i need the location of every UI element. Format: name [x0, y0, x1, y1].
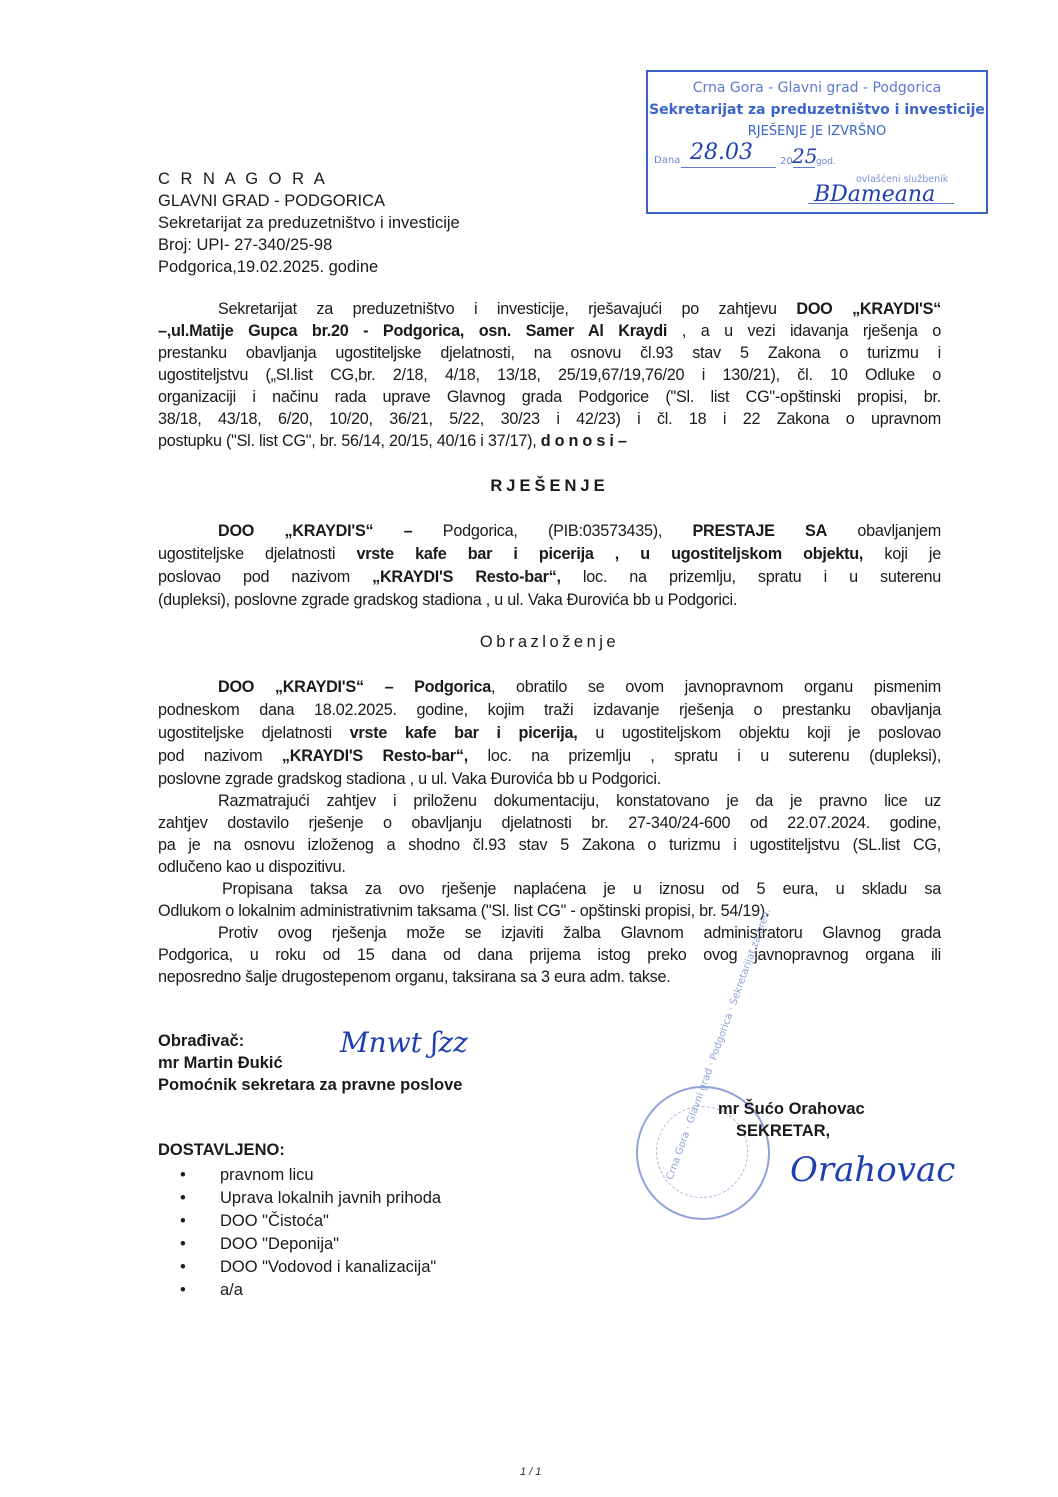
- delivered-item: •pravnom licu: [158, 1164, 441, 1187]
- processor-signature: Mnwt ʃzz: [340, 1026, 468, 1059]
- enforceability-stamp: Crna Gora - Glavni grad - Podgorica Sekr…: [646, 70, 988, 214]
- delivered-item: •DOO "Vodovod i kanalizacija": [158, 1256, 441, 1279]
- delivered-item: •DOO "Deponija": [158, 1233, 441, 1256]
- stamp-date-line: [681, 167, 776, 168]
- header-country: C R N A G O R A: [158, 168, 328, 191]
- processor-title: Pomoćnik sekretara za pravne poslove: [158, 1074, 462, 1096]
- stamp-authority: Crna Gora - Glavni grad - Podgorica: [648, 80, 986, 96]
- header-number: Broj: UPI- 27-340/25-98: [158, 234, 332, 257]
- processor-name: mr Martin Đukić: [158, 1052, 283, 1074]
- stamp-signature-line: [808, 203, 954, 204]
- stamp-year: 25: [792, 144, 817, 168]
- header-city: GLAVNI GRAD - PODGORICA: [158, 190, 385, 213]
- delivered-item: •a/a: [158, 1279, 441, 1302]
- stamp-department: Sekretarijat za preduzetništvo i investi…: [648, 102, 986, 118]
- bullet-icon: •: [180, 1187, 186, 1210]
- delivered-item: •DOO "Čistoća": [158, 1210, 441, 1233]
- stamp-year-prefix: 20: [780, 156, 793, 167]
- stamp-status: RJEŠENJE JE IZVRŠNO: [648, 124, 986, 139]
- processor-label: Obrađivač:: [158, 1030, 244, 1052]
- secretary-name: mr Šućo Orahovac: [718, 1098, 865, 1120]
- bullet-icon: •: [180, 1279, 186, 1302]
- reasoning-title: Obrazloženje: [158, 633, 941, 652]
- decision-title: RJEŠENJE: [158, 477, 941, 496]
- secretary-signature: Orahovac: [790, 1150, 955, 1190]
- bullet-icon: •: [180, 1256, 186, 1279]
- header-place-date: Podgorica,19.02.2025. godine: [158, 256, 378, 279]
- stamp-dana-label: Dana: [654, 155, 680, 166]
- delivered-item: •Uprava lokalnih javnih prihoda: [158, 1187, 441, 1210]
- secretary-title: SEKRETAR,: [736, 1120, 830, 1142]
- stamp-date: 28.03: [690, 140, 753, 165]
- header-department: Sekretarijat za preduzetništvo i investi…: [158, 212, 460, 235]
- bullet-icon: •: [180, 1233, 186, 1256]
- bullet-icon: •: [180, 1210, 186, 1233]
- bullet-icon: •: [180, 1164, 186, 1187]
- stamp-god-label: god.: [816, 157, 836, 167]
- delivered-title: DOSTAVLJENO:: [158, 1141, 285, 1160]
- delivered-list: •pravnom licu •Uprava lokalnih javnih pr…: [158, 1164, 441, 1302]
- page-number: 1 / 1: [520, 1466, 541, 1478]
